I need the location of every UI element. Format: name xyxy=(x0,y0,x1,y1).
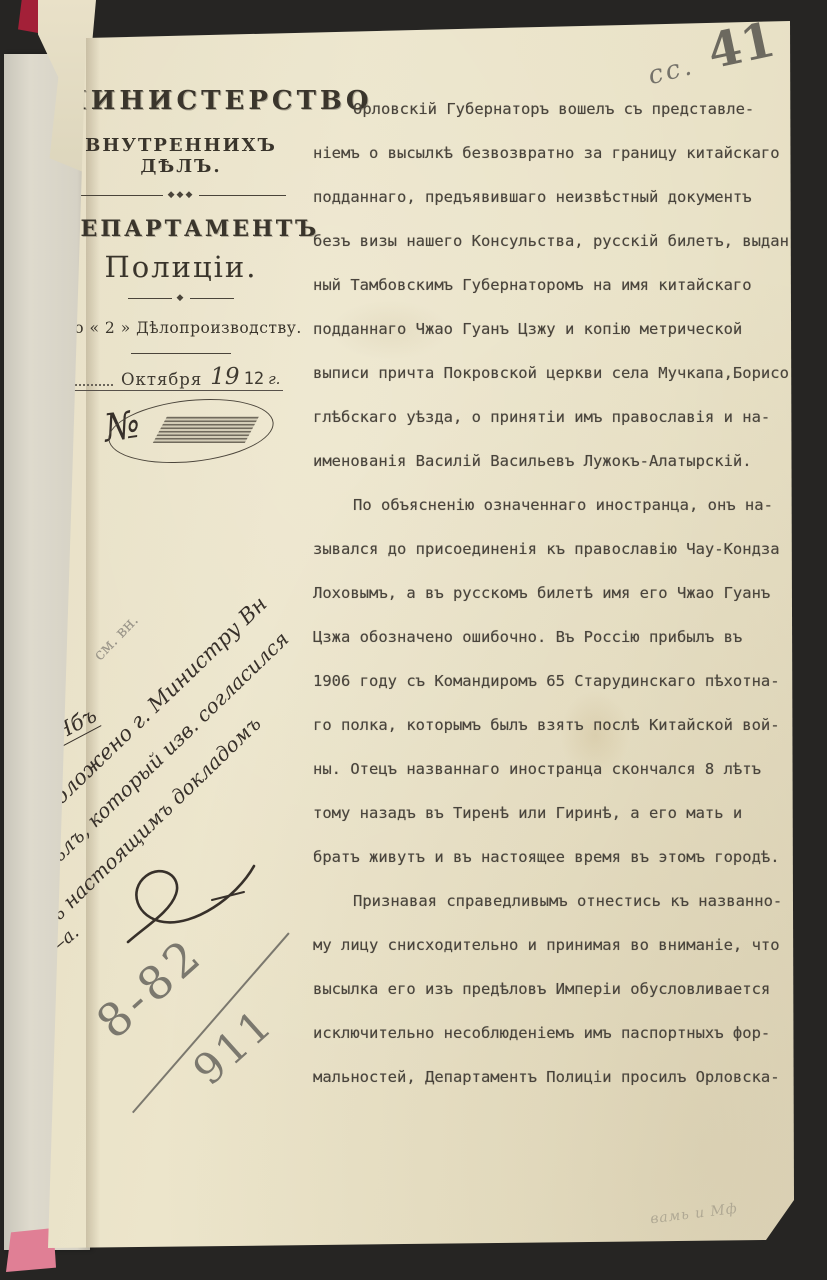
typed-line: Орловскій Губернаторъ вошелъ съ представ… xyxy=(313,100,754,118)
ornament-divider-small: ◆ xyxy=(128,294,234,303)
typed-line: По объясненію означеннаго иностранца, он… xyxy=(313,496,773,514)
ink-annotation-line-1: Доложено г. Министру Вн xyxy=(36,592,272,821)
typed-line: высылка его изъ предѣловъ Имперіи обусло… xyxy=(313,980,770,998)
divider-line xyxy=(128,298,172,299)
letterhead-department: ДЕПАРТАМЕНТЪ xyxy=(58,216,304,242)
typed-line: ніемъ о высылкѣ безвозвратно за границу … xyxy=(313,144,780,162)
typed-line: подданнаго, предъявившаго неизвѣстный до… xyxy=(313,188,752,206)
typed-line: Лоховымъ, а въ русскомъ билетѣ имя его Ч… xyxy=(313,584,770,602)
typed-line: исключительно несоблюденіемъ имъ паспорт… xyxy=(313,1024,770,1042)
date-year-handwritten: 19 xyxy=(208,364,241,390)
archival-scan: МИНИСТЕРСТВО ВНУТРЕННИХЪ ДѢЛЪ. ◆◆◆ ДЕПАР… xyxy=(0,0,827,1280)
typed-line: подданнаго Чжао Гуанъ Цзжу и копію метри… xyxy=(313,320,742,338)
divider-line xyxy=(190,298,234,299)
typed-body: Орловскій Губернаторъ вошелъ съ представ… xyxy=(313,0,783,1280)
typed-line: зывался до присоединенія къ православію … xyxy=(313,540,780,558)
typed-line: му лицу снисходительно и принимая во вни… xyxy=(313,936,780,954)
typed-line: тому назадъ въ Тиренѣ или Гиринѣ, а его … xyxy=(313,804,742,822)
letterhead-proceeding: По « 2 » Дѣлопроизводству. xyxy=(58,319,304,337)
pencil-number-bottom: 911 xyxy=(184,999,283,1095)
date-suffix: г. xyxy=(268,370,280,390)
letterhead-rule xyxy=(131,353,231,354)
divider-line xyxy=(199,195,286,196)
ornament-divider: ◆◆◆ xyxy=(76,191,286,200)
typed-line: го полка, которымъ былъ взятъ послѣ Кита… xyxy=(313,716,780,734)
letterhead-police: Полиціи. xyxy=(58,250,304,284)
signature-flourish xyxy=(116,838,266,948)
date-year-typed: 12 xyxy=(242,369,268,390)
typed-line: именованія Василій Васильевъ Лужокъ-Алат… xyxy=(313,452,752,470)
typed-line: безъ визы нашего Консульства, русскій би… xyxy=(313,232,789,250)
number-hatched-redaction xyxy=(153,416,259,443)
divider-line xyxy=(76,195,163,196)
typed-line: ный Тамбовскимъ Губернаторомъ на имя кит… xyxy=(313,276,752,294)
date-month: Октября xyxy=(113,370,208,390)
letterhead-internal-affairs: ВНУТРЕННИХЪ ДѢЛЪ. xyxy=(58,135,304,177)
document-page: МИНИСТЕРСТВО ВНУТРЕННИХЪ ДѢЛЪ. ◆◆◆ ДЕПАР… xyxy=(0,0,827,1280)
letterhead: МИНИСТЕРСТВО ВНУТРЕННИХЪ ДѢЛЪ. ◆◆◆ ДЕПАР… xyxy=(58,86,304,354)
typed-line: братъ живутъ и въ настоящее время въ это… xyxy=(313,848,780,866)
typed-line: ны. Отецъ названнаго иностранца скончалс… xyxy=(313,760,761,778)
typed-line: выписи причта Покровской церкви села Муч… xyxy=(313,364,789,382)
letterhead-ministry: МИНИСТЕРСТВО xyxy=(58,86,304,116)
ornament-icon: ◆ xyxy=(172,294,191,303)
date-line: Октября 19 12 г. xyxy=(55,360,283,391)
ornament-icon: ◆◆◆ xyxy=(163,191,200,200)
typed-line: мальностей, Департаментъ Полиціи просилъ… xyxy=(313,1068,780,1086)
typed-line: Признавая справедливымъ отнестись къ наз… xyxy=(313,892,782,910)
typed-line: 1906 году съ Командиромъ 65 Старудинскаг… xyxy=(313,672,780,690)
typed-line: Цзжа обозначено ошибочно. Въ Россію приб… xyxy=(313,628,742,646)
typed-line: глѣбскаго уѣзда, о принятіи имъ правосла… xyxy=(313,408,770,426)
